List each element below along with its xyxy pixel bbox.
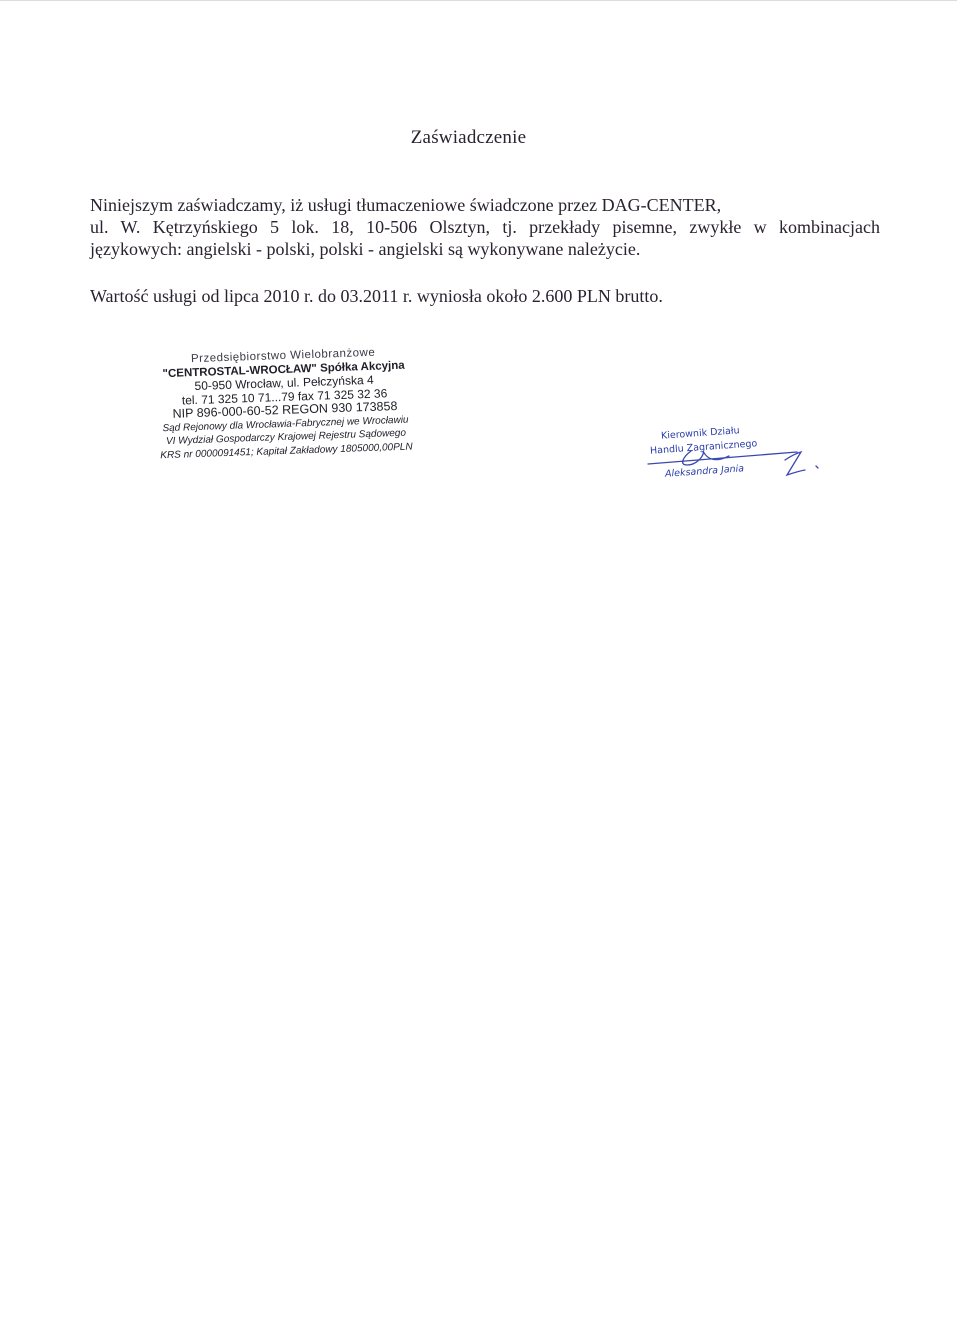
certificate-page: Zaświadczenie Niniejszym zaświadczamy, i… — [0, 0, 957, 1344]
signature-block: Kierownik Działu Handlu Zagranicznego Al… — [645, 423, 825, 488]
body-line-2: ul. W. Kętrzyńskiego 5 lok. 18, 10-506 O… — [90, 216, 880, 238]
certificate-body-paragraph: Niniejszym zaświadczamy, iż usługi tłuma… — [90, 194, 890, 260]
service-value-paragraph: Wartość usługi od lipca 2010 r. do 03.20… — [90, 285, 663, 307]
company-stamp: Przedsiębiorstwo Wielobranżowe "CENTROST… — [138, 345, 432, 463]
body-line-3: językowych: angielski - polski, polski -… — [90, 238, 890, 260]
handwritten-signature-icon — [645, 423, 825, 488]
document-title: Zaświadczenie — [0, 127, 947, 149]
body-line-1: Niniejszym zaświadczamy, iż usługi tłuma… — [90, 194, 890, 216]
